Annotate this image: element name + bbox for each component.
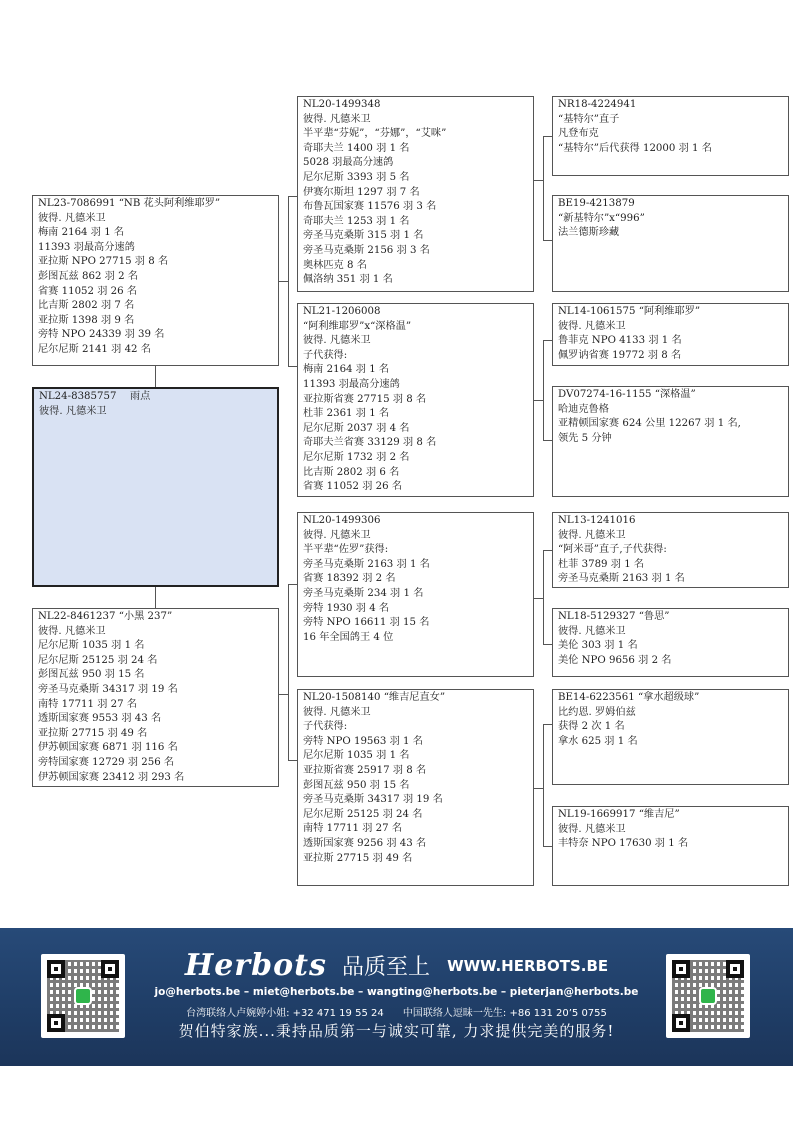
breeder: 彼得. 凡德米卫 xyxy=(39,405,272,420)
result: 尼尔尼斯 25125 羽 24 名 xyxy=(303,808,528,823)
result: 杜菲 2361 羽 1 名 xyxy=(303,407,528,422)
ring-number: NL21-1206008 xyxy=(303,305,528,320)
result: 南特 17711 羽 27 名 xyxy=(303,822,528,837)
result: 11393 羽最高分速鸽 xyxy=(38,241,273,256)
connector-line xyxy=(543,550,544,644)
result: 美伦 NPO 9656 羽 2 名 xyxy=(558,654,783,669)
breeder: 彼得. 凡德米卫 xyxy=(303,113,528,128)
motto: 贺伯特家族...秉持品质第一与诚实可靠, 力求提供完美的服务! xyxy=(0,1020,793,1041)
pedigree-note: “新基特尔”x“996” xyxy=(558,212,783,227)
result: 尼尔尼斯 3393 羽 5 名 xyxy=(303,171,528,186)
brand-row: Herbots 品质至上 WWW.HERBOTS.BE xyxy=(0,948,793,983)
connector-line xyxy=(543,340,544,440)
result: 旁特 NPO 16611 羽 15 名 xyxy=(303,616,528,631)
result: 省赛 11052 羽 26 名 xyxy=(38,285,273,300)
ring-number: DV07274-16-1155 “深格温” xyxy=(558,388,783,403)
breeder: 彼得. 凡德米卫 xyxy=(38,212,273,227)
ring-number: BE19-4213879 xyxy=(558,197,783,212)
connector-line xyxy=(155,366,156,387)
result: 佩罗讷省赛 19772 羽 8 名 xyxy=(558,349,783,364)
result: 彭图瓦兹 950 羽 15 名 xyxy=(38,668,273,683)
result: 尼尔尼斯 1035 羽 1 名 xyxy=(303,749,528,764)
breeder: 凡登布克 xyxy=(558,127,783,142)
result: 亚拉斯 NPO 27715 羽 8 名 xyxy=(38,255,273,270)
connector-line xyxy=(543,440,552,441)
connector-line xyxy=(543,846,552,847)
ring-number: NL20-1499306 xyxy=(303,514,528,529)
result: 美伦 303 羽 1 名 xyxy=(558,639,783,654)
ring-number: NL19-1669917 “维吉尼” xyxy=(558,808,783,823)
sd-sire-card: NL14-1061575 “阿利维耶罗” 彼得. 凡德米卫 鲁菲克 NPO 41… xyxy=(552,303,789,366)
breeder: 哈迪克鲁格 xyxy=(558,403,783,418)
ss-sire-card: NR18-4224941 “基特尔”直子 凡登布克 “基特尔”后代获得 1200… xyxy=(552,96,789,176)
result: 彭图瓦兹 862 羽 2 名 xyxy=(38,270,273,285)
connector-line xyxy=(543,340,552,341)
result: 旁特国家赛 12729 羽 256 名 xyxy=(38,756,273,771)
result: 拿水 625 羽 1 名 xyxy=(558,735,783,750)
result: 省赛 11052 羽 26 名 xyxy=(303,480,528,495)
brand-slogan: 品质至上 xyxy=(342,955,430,980)
connector-line xyxy=(534,400,543,401)
result: 尼尔尼斯 2037 羽 4 名 xyxy=(303,422,528,437)
connector-line xyxy=(543,724,552,725)
result: 奇耶夫兰 1253 羽 1 名 xyxy=(303,215,528,230)
pedigree-note: “阿米哥”直子,子代获得: xyxy=(558,543,783,558)
ring-number: NL20-1499348 xyxy=(303,98,528,113)
breeder: 彼得. 凡德米卫 xyxy=(558,823,783,838)
connector-line xyxy=(543,644,552,645)
connector-line xyxy=(534,788,543,789)
result: 伊赛尔斯坦 1297 羽 7 名 xyxy=(303,186,528,201)
result: 亚拉斯省赛 25917 羽 8 名 xyxy=(303,764,528,779)
connector-line xyxy=(288,366,297,367)
ds-sire-card: NL13-1241016 彼得. 凡德米卫 “阿米哥”直子,子代获得: 杜菲 3… xyxy=(552,512,789,588)
result: 子代获得: xyxy=(303,720,528,735)
connector-line xyxy=(543,550,552,551)
ring-number: NL23-7086991 “NB 花头阿利维耶罗” xyxy=(38,197,273,212)
connector-line xyxy=(543,240,552,241)
breeder: 彼得. 凡德米卫 xyxy=(303,529,528,544)
result: 透斯国家赛 9553 羽 43 名 xyxy=(38,712,273,727)
result: 旁圣马克桑斯 2163 羽 1 名 xyxy=(303,558,528,573)
dam-card: NL22-8461237 “小黑 237” 彼得. 凡德米卫 尼尔尼斯 1035… xyxy=(32,608,279,787)
ring-number: NL18-5129327 “鲁思” xyxy=(558,610,783,625)
email-list[interactable]: jo@herbots.be – miet@herbots.be – wangti… xyxy=(0,986,793,998)
result: 领先 5 分钟 xyxy=(558,432,783,447)
breeder: 彼得. 凡德米卫 xyxy=(303,706,528,721)
result: “基特尔”后代获得 12000 羽 1 名 xyxy=(558,142,783,157)
result: 彭图瓦兹 950 羽 15 名 xyxy=(303,779,528,794)
result: 旁特 NPO 24339 羽 39 名 xyxy=(38,328,273,343)
breeder: 法兰德斯珍藏 xyxy=(558,226,783,241)
ring-number: BE14-6223561 “拿水超级球” xyxy=(558,691,783,706)
dd-dam-card: NL19-1669917 “维吉尼” 彼得. 凡德米卫 丰特奈 NPO 1763… xyxy=(552,806,789,886)
dd-sire-card: BE14-6223561 “拿水超级球” 比约恩. 罗姆伯兹 获得 2 次 1 … xyxy=(552,689,789,785)
connector-line xyxy=(543,136,552,137)
ring-number: NL20-1508140 “维吉尼直女” xyxy=(303,691,528,706)
result: 半平辈“佐罗”获得: xyxy=(303,543,528,558)
website-link[interactable]: WWW.HERBOTS.BE xyxy=(447,957,608,975)
footer-banner: Herbots 品质至上 WWW.HERBOTS.BE jo@herbots.b… xyxy=(0,928,793,1066)
connector-line xyxy=(288,584,297,585)
result: 奇耶夫兰省赛 33129 羽 8 名 xyxy=(303,436,528,451)
sire-card: NL23-7086991 “NB 花头阿利维耶罗” 彼得. 凡德米卫 梅南 21… xyxy=(32,195,279,366)
result: 奇耶夫兰 1400 羽 1 名 xyxy=(303,142,528,157)
result: 梅南 2164 羽 1 名 xyxy=(303,363,528,378)
subject-card: NL24-8385757 雨点 彼得. 凡德米卫 xyxy=(32,387,279,587)
result: 亚拉斯 27715 羽 49 名 xyxy=(303,852,528,867)
breeder: 彼得. 凡德米卫 xyxy=(303,334,528,349)
result: 子代获得: xyxy=(303,349,528,364)
result: 5028 羽最高分速鸽 xyxy=(303,156,528,171)
result: 旁特 NPO 19563 羽 1 名 xyxy=(303,735,528,750)
connector-line xyxy=(543,136,544,240)
result: 旁圣马克桑斯 234 羽 1 名 xyxy=(303,587,528,602)
result: 比吉斯 2802 羽 7 名 xyxy=(38,299,273,314)
breeder: 彼得. 凡德米卫 xyxy=(558,529,783,544)
contact-line: 台湾联络人卢婉婷小姐: +32 471 19 55 24 中国联络人逗昧一先生:… xyxy=(0,1004,793,1019)
dam-sire-card: NL20-1499306 彼得. 凡德米卫 半平辈“佐罗”获得: 旁圣马克桑斯 … xyxy=(297,512,534,677)
connector-line xyxy=(155,587,156,608)
result: 旁圣马克桑斯 34317 羽 19 名 xyxy=(303,793,528,808)
dam-dam-card: NL20-1508140 “维吉尼直女” 彼得. 凡德米卫 子代获得: 旁特 N… xyxy=(297,689,534,886)
result: 旁圣马克桑斯 2156 羽 3 名 xyxy=(303,244,528,259)
result: 旁特 1930 羽 4 名 xyxy=(303,602,528,617)
result: 南特 17711 羽 27 名 xyxy=(38,698,273,713)
result: 梅南 2164 羽 1 名 xyxy=(38,226,273,241)
result: 尼尔尼斯 1732 羽 2 名 xyxy=(303,451,528,466)
result: 省赛 18392 羽 2 名 xyxy=(303,572,528,587)
sire-dam-card: NL21-1206008 “阿利维耶罗”x“深格温” 彼得. 凡德米卫 子代获得… xyxy=(297,303,534,497)
connector-line xyxy=(534,180,543,181)
result: 比吉斯 2802 羽 6 名 xyxy=(303,466,528,481)
pedigree-note: “基特尔”直子 xyxy=(558,113,783,128)
result: 杜菲 3789 羽 1 名 xyxy=(558,558,783,573)
ring-number: NL22-8461237 “小黑 237” xyxy=(38,610,273,625)
pedigree-note: “阿利维耶罗”x“深格温” xyxy=(303,320,528,335)
result: 旁圣马克桑斯 34317 羽 19 名 xyxy=(38,683,273,698)
result: 亚拉斯 27715 羽 49 名 xyxy=(38,727,273,742)
result: 佩洛纳 351 羽 1 名 xyxy=(303,273,528,288)
breeder: 彼得. 凡德米卫 xyxy=(38,625,273,640)
result: 旁圣马克桑斯 315 羽 1 名 xyxy=(303,229,528,244)
result: 尼尔尼斯 1035 羽 1 名 xyxy=(38,639,273,654)
result: 尼尔尼斯 25125 羽 24 名 xyxy=(38,654,273,669)
sd-dam-card: DV07274-16-1155 “深格温” 哈迪克鲁格 亚精顿国家赛 624 公… xyxy=(552,386,789,497)
ring-number: NL14-1061575 “阿利维耶罗” xyxy=(558,305,783,320)
connector-line xyxy=(534,598,543,599)
taiwan-contact: 台湾联络人卢婉婷小姐: +32 471 19 55 24 xyxy=(186,1008,384,1019)
result: 11393 羽最高分速鸽 xyxy=(303,378,528,393)
result: 亚拉斯 1398 羽 9 名 xyxy=(38,314,273,329)
result: 伊苏顿国家赛 23412 羽 293 名 xyxy=(38,771,273,786)
connector-line xyxy=(543,724,544,846)
china-contact: 中国联络人逗昧一先生: +86 131 20’5 0755 xyxy=(403,1008,607,1019)
result: 尼尔尼斯 2141 羽 42 名 xyxy=(38,343,273,358)
ss-dam-card: BE19-4213879 “新基特尔”x“996” 法兰德斯珍藏 xyxy=(552,195,789,292)
result: 伊苏顿国家赛 6871 羽 116 名 xyxy=(38,741,273,756)
sire-sire-card: NL20-1499348 彼得. 凡德米卫 半平辈“芬妮”，“芬娜”，“艾咪” … xyxy=(297,96,534,292)
result: 旁圣马克桑斯 2163 羽 1 名 xyxy=(558,572,783,587)
connector-line xyxy=(279,694,288,695)
connector-line xyxy=(279,281,288,282)
result: 半平辈“芬妮”，“芬娜”，“艾咪” xyxy=(303,127,528,142)
result: 丰特奈 NPO 17630 羽 1 名 xyxy=(558,837,783,852)
ring-number: NR18-4224941 xyxy=(558,98,783,113)
connector-line xyxy=(288,196,289,366)
herbots-logo: Herbots xyxy=(185,948,327,983)
result: 16 年全国鸽王 4 位 xyxy=(303,631,528,646)
result: 亚拉斯省赛 27715 羽 8 名 xyxy=(303,393,528,408)
result: 鲁菲克 NPO 4133 羽 1 名 xyxy=(558,334,783,349)
ring-number: NL24-8385757 雨点 xyxy=(39,390,272,405)
breeder: 比约恩. 罗姆伯兹 xyxy=(558,706,783,721)
result: 获得 2 次 1 名 xyxy=(558,720,783,735)
result: 奥林匹克 8 名 xyxy=(303,259,528,274)
ring-number: NL13-1241016 xyxy=(558,514,783,529)
connector-line xyxy=(288,760,297,761)
result: 布鲁瓦国家赛 11576 羽 3 名 xyxy=(303,200,528,215)
connector-line xyxy=(288,196,297,197)
breeder: 彼得. 凡德米卫 xyxy=(558,625,783,640)
breeder: 彼得. 凡德米卫 xyxy=(558,320,783,335)
connector-line xyxy=(288,584,289,760)
ds-dam-card: NL18-5129327 “鲁思” 彼得. 凡德米卫 美伦 303 羽 1 名 … xyxy=(552,608,789,677)
result: 亚精顿国家赛 624 公里 12267 羽 1 名, xyxy=(558,417,783,432)
result: 透斯国家赛 9256 羽 43 名 xyxy=(303,837,528,852)
